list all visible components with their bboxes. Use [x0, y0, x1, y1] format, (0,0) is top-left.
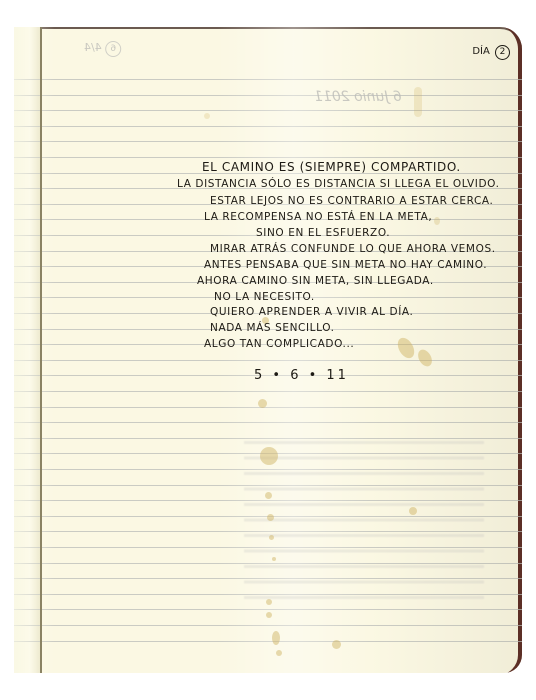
- poem-line: sino en el esfuerzo.: [256, 227, 390, 239]
- poem-line: La distancia sólo es distancia si llega …: [177, 178, 500, 190]
- ruled-line: [14, 126, 522, 127]
- stain: [267, 514, 274, 521]
- bleed-through-date: 6 Junio 2011: [314, 89, 402, 105]
- stain: [266, 612, 272, 618]
- ruled-line: [14, 407, 522, 408]
- poem-line: Ahora camino sin meta, sin llegada.: [197, 275, 434, 287]
- ruled-line: [14, 95, 522, 96]
- ruled-line: [14, 422, 522, 423]
- ruled-line: [14, 141, 522, 142]
- stain: [332, 640, 341, 649]
- poem-line: Quiero aprender a vivir al día.: [210, 306, 413, 318]
- poem-line: Nada más sencillo.: [210, 322, 335, 334]
- poem-line: Antes pensaba que sin meta no hay camino…: [204, 259, 487, 271]
- ruled-line: [14, 641, 522, 642]
- stain: [269, 535, 274, 540]
- bleed-through-text-block: [244, 432, 484, 602]
- poem-line: Algo tan complicado...: [204, 338, 354, 350]
- ruled-line: [14, 360, 522, 361]
- poem-line: Mirar atrás confunde lo que ahora vemos.: [210, 243, 496, 255]
- stain: [434, 217, 440, 225]
- day-label-text: DÍA: [472, 46, 490, 57]
- ruled-line: [14, 625, 522, 626]
- stain: [272, 631, 280, 645]
- ruled-line: [14, 79, 522, 80]
- poem-line: El camino es (siempre) compartido.: [202, 160, 461, 174]
- stain: [409, 507, 417, 515]
- ruled-line: [14, 157, 522, 158]
- stain: [272, 557, 276, 561]
- day-label: DÍA 2: [472, 45, 510, 60]
- ruled-line: [14, 110, 522, 111]
- poem-line: Estar lejos no es contrario a estar cerc…: [210, 195, 493, 207]
- poem-line: La recompensa no está en la meta,: [204, 211, 432, 223]
- stain: [258, 399, 267, 408]
- stain: [276, 650, 282, 656]
- bleed-through-page-number: 6 4/4: [84, 41, 121, 57]
- ruled-line: [14, 609, 522, 610]
- notebook-page: 6 4/4 6 Junio 2011 DÍA 2 El camino es (s…: [14, 27, 522, 673]
- stain: [414, 87, 422, 117]
- stain: [266, 599, 272, 605]
- poem-date: 5 • 6 • 11: [254, 368, 349, 383]
- stain: [265, 492, 272, 499]
- poem-line: No la necesito.: [214, 291, 315, 303]
- stain: [260, 447, 278, 465]
- binding-fold-line: [40, 27, 42, 673]
- day-number-circle: 2: [495, 45, 510, 60]
- ruled-line: [14, 391, 522, 392]
- stain: [204, 113, 210, 119]
